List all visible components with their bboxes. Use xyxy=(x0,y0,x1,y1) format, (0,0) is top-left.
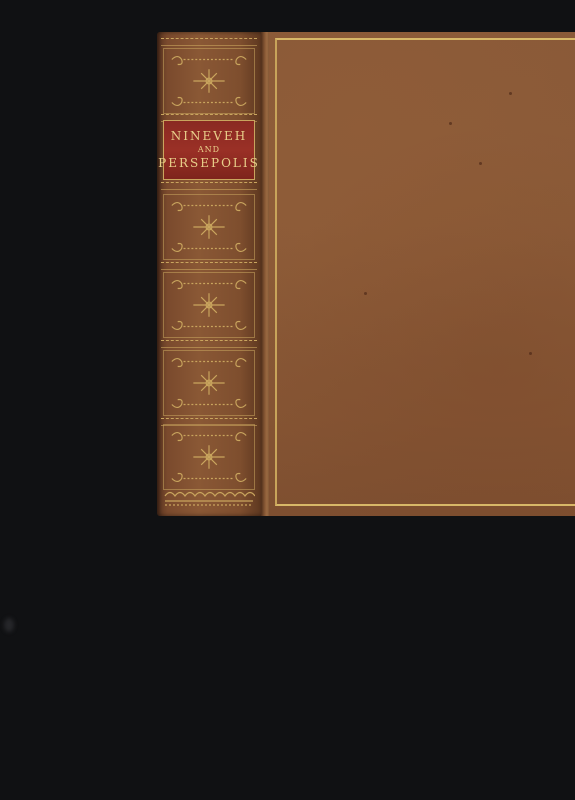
rosette-ornament-icon xyxy=(164,195,254,259)
spine-panel-4 xyxy=(163,350,255,416)
gilt-fillet-border xyxy=(275,38,575,506)
leather-speck xyxy=(449,122,452,125)
spine-panel-2 xyxy=(163,194,255,260)
gilt-band xyxy=(161,262,257,270)
title-line-2: AND xyxy=(198,144,220,156)
spine-title-label: NINEVEH AND PERSEPOLIS xyxy=(163,120,255,180)
rosette-ornament-icon xyxy=(164,351,254,415)
leather-speck xyxy=(364,292,367,295)
book: NINEVEH AND PERSEPOLIS xyxy=(157,32,575,516)
spine-tail-ornament xyxy=(163,487,255,509)
leather-speck xyxy=(529,352,532,355)
title-line-1: NINEVEH xyxy=(171,129,247,144)
rosette-ornament-icon xyxy=(164,49,254,113)
leather-speck xyxy=(509,92,512,95)
background-blemish xyxy=(4,618,14,632)
book-spine: NINEVEH AND PERSEPOLIS xyxy=(157,32,261,516)
gilt-band xyxy=(161,182,257,190)
rosette-ornament-icon xyxy=(164,273,254,337)
spine-panel-5 xyxy=(163,424,255,490)
title-line-3: PERSEPOLIS xyxy=(158,156,260,171)
leather-speck xyxy=(479,162,482,165)
rosette-ornament-icon xyxy=(164,425,254,489)
book-cover-board xyxy=(269,32,575,516)
spine-panel-3 xyxy=(163,272,255,338)
spine-panel-1 xyxy=(163,48,255,114)
gilt-band xyxy=(161,38,257,46)
gilt-band xyxy=(161,340,257,348)
wave-border-icon xyxy=(163,487,255,509)
